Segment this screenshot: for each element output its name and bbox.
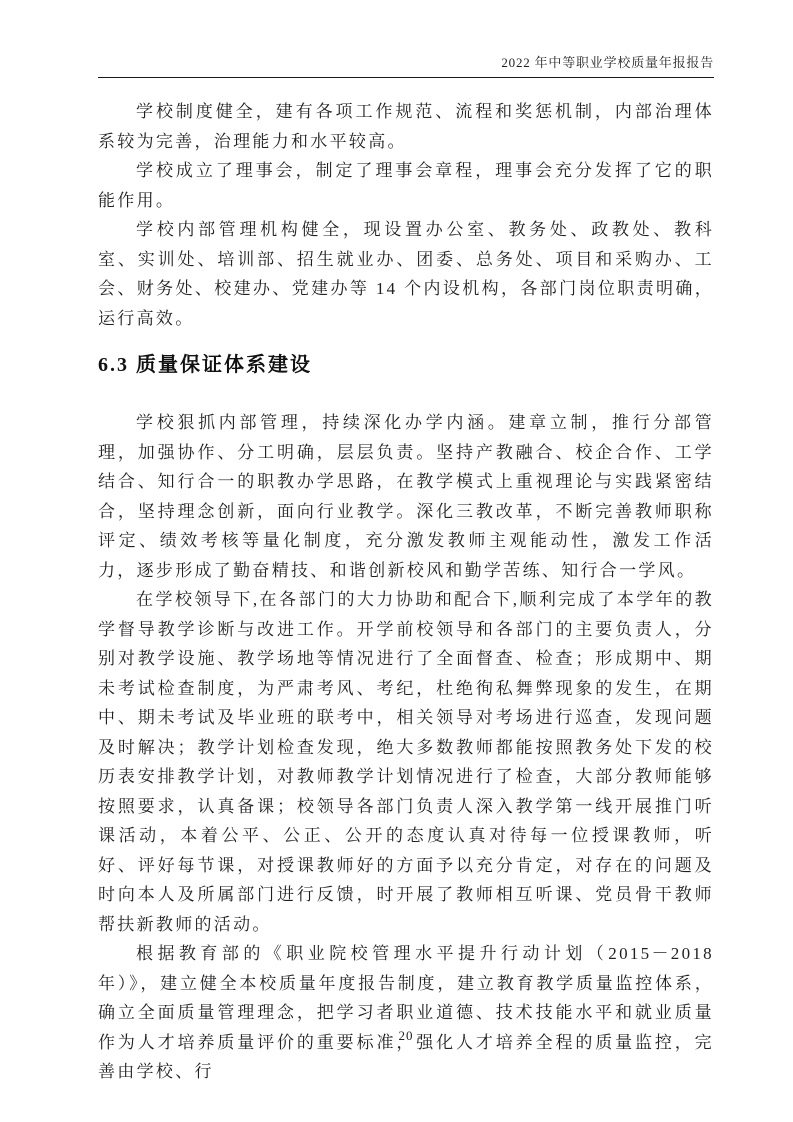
body-paragraph: 根据教育部的《职业院校管理水平提升行动计划（2015－2018 年）》，建立健全… bbox=[98, 939, 714, 1087]
body-paragraph: 学校内部管理机构健全，现设置办公室、教务处、政教处、教科室、实训处、培训部、招生… bbox=[98, 215, 714, 333]
page-number: - 20 - bbox=[389, 1028, 423, 1043]
body-paragraph: 学校制度健全，建有各项工作规范、流程和奖惩机制，内部治理体系较为完善，治理能力和… bbox=[98, 97, 714, 156]
page-header: 2022 年中等职业学校质量年报报告 bbox=[98, 54, 714, 72]
document-page: 2022 年中等职业学校质量年报报告 学校制度健全，建有各项工作规范、流程和奖惩… bbox=[0, 0, 793, 1122]
body-paragraph: 学校狠抓内部管理，持续深化办学内涵。建章立制，推行分部管理，加强协作、分工明确，… bbox=[98, 408, 714, 585]
body-paragraph: 在学校领导下,在各部门的大力协助和配合下,顺利完成了本学年的教学督导教学诊断与改… bbox=[98, 585, 714, 939]
header-title: 2022 年中等职业学校质量年报报告 bbox=[501, 55, 714, 70]
section-heading: 6.3 质量保证体系建设 bbox=[98, 350, 714, 380]
document-body: 学校制度健全，建有各项工作规范、流程和奖惩机制，内部治理体系较为完善，治理能力和… bbox=[98, 97, 714, 1087]
header-rule bbox=[98, 77, 714, 78]
body-paragraph: 学校成立了理事会，制定了理事会章程，理事会充分发挥了它的职能作用。 bbox=[98, 156, 714, 215]
page-footer: - 20 - bbox=[98, 1028, 714, 1044]
